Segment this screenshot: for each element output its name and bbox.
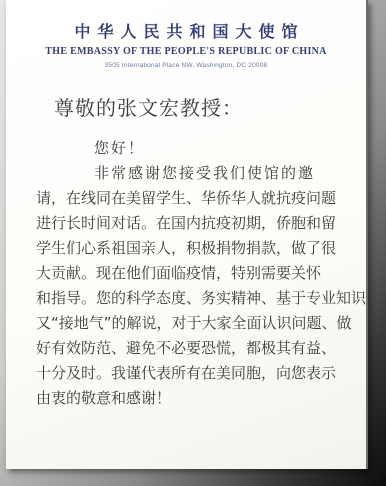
letter-paper: 中华人民共和国大使馆 THE EMBASSY OF THE PEOPLE'S R… [6, 0, 368, 469]
embassy-address: 3505 International Place NW, Washington,… [6, 62, 366, 69]
handwritten-line: 好有效防范、避免不必要恐慌，都极其有益、 [36, 336, 352, 361]
handwritten-line: 又“接地气”的解说，对于大家全面认识问题、做 [36, 311, 352, 336]
handwritten-line: 非常感谢您接受我们使馆的邀 [36, 161, 352, 186]
embassy-name-zh: 中华人民共和国大使馆 [6, 19, 366, 42]
handwritten-line: 大贡献。现在他们面临疫情，特别需要关怀 [36, 261, 352, 286]
handwritten-line: 请，在线同在美留学生、华侨华人就抗疫问题 [36, 186, 352, 211]
handwritten-line: 进行长时间对话。在国内抗疫初期，侨胞和留 [36, 211, 352, 236]
greeting-line: 您好！ [36, 136, 352, 161]
embassy-name-en: THE EMBASSY OF THE PEOPLE'S REPUBLIC OF … [6, 46, 366, 57]
photo-background: 中华人民共和国大使馆 THE EMBASSY OF THE PEOPLE'S R… [0, 0, 386, 486]
handwritten-line: 由衷的敬意和感谢！ [36, 386, 352, 411]
handwritten-line: 和指导。您的科学态度、务实精神、基于专业知识 [36, 286, 352, 311]
letter-body: 尊敬的张文宏教授： 您好！ 非常感谢您接受我们使馆的邀 请，在线同在美留学生、华… [6, 69, 366, 411]
handwritten-line: 十分及时。我谨代表所有在美同胞，向您表示 [36, 361, 352, 386]
salutation-line: 尊敬的张文宏教授： [54, 93, 352, 123]
handwritten-line: 学生们心系祖国亲人，积极捐物捐款，做了很 [36, 236, 352, 261]
embassy-letterhead: 中华人民共和国大使馆 THE EMBASSY OF THE PEOPLE'S R… [6, 0, 366, 69]
